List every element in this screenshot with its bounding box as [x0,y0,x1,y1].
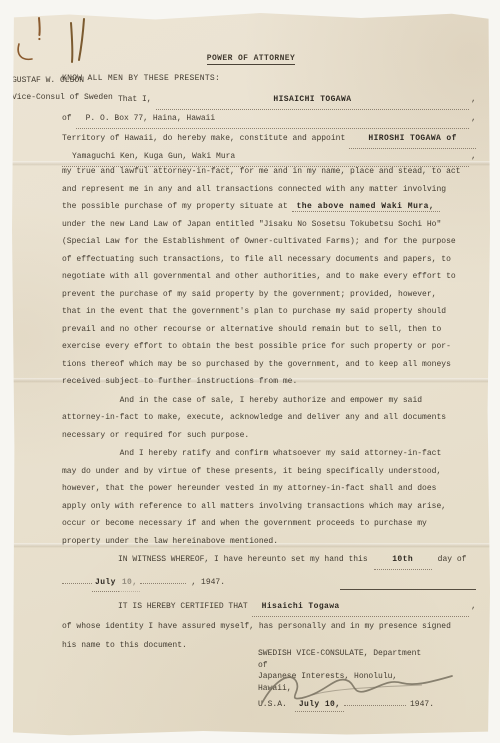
principal-name: HISAICHI TOGAWA [273,95,351,104]
address-field: P. O. Box 77, Haina, Hawaii [76,110,470,129]
witness-prefix: IN WITNESS WHEREOF, I have hereunto set … [118,551,368,569]
usa-label: U.S.A. [258,699,287,711]
dotted-leader [140,573,186,584]
consulate-address: SWEDISH VICE-CONSULATE, Department of Ja… [258,648,434,694]
certified-name: Hisaichi Togawa [262,602,340,611]
document-body: my true and lawful attorney-in-fact, for… [62,163,470,592]
certified-name-field: Hisaichi Togawa [252,598,470,617]
scanned-document-view: { "page": { "title": "POWER OF ATTORNEY"… [0,0,500,743]
comma: , [471,91,476,109]
dotted-leader [62,573,92,584]
consulate-date-fill: July 10, [295,699,345,712]
document-paper: POWER OF ATTORNEY KNOW ALL MEN BY THESE … [12,13,490,736]
of-label: of [62,110,72,128]
day-field: 10th [374,551,432,570]
that-i-label: That I, [118,91,152,109]
property-location-insert: the above named Waki Mura, [292,202,440,212]
witness-row: IN WITNESS WHEREOF, I have hereunto set … [62,551,470,570]
consulate-year: 1947. [410,699,434,711]
comma: , [471,110,476,128]
consulate-block: SWEDISH VICE-CONSULATE, Department of Ja… [258,648,434,712]
consulate-date-row: U.S.A. July 10, 1947. [258,695,434,712]
principal-name-field: HISAICHI TOGAWA [156,91,470,110]
principal-name-row: That I, HISAICHI TOGAWA , [62,91,476,110]
principal-address: P. O. Box 77, Haina, Hawaii [86,114,216,123]
agent-name-field: HIROSHI TOGAWA of [349,130,476,149]
paragraph-text: under the new Land Law of Japan entitled… [62,216,470,391]
paragraph-powers: my true and lawful attorney-in-fact, for… [62,163,470,391]
paragraph-ratification: And I hereby ratify and confirm whatsoev… [62,445,470,550]
month-value: July [92,574,119,593]
address-row: of P. O. Box 77, Haina, Hawaii , [62,110,476,129]
comma: , [471,148,476,166]
principal-signature-line [340,589,476,590]
agent-name: HIROSHI TOGAWA of [368,134,456,143]
appoint-row: Territory of Hawaii, do hereby make, con… [62,130,476,149]
document-title: POWER OF ATTORNEY [12,50,490,68]
appoint-label: Territory of Hawaii, do hereby make, con… [62,130,345,148]
dotted-leader [344,695,406,706]
paragraph-sale-authorization: And in the case of sale, I hereby author… [62,392,470,445]
certified-prefix: IT IS HEREBY CERTIFIED THAT [118,598,248,616]
day-faint-value: 10, [119,574,141,593]
agent-address: Yamaguchi Ken, Kuga Gun, Waki Mura [72,152,235,161]
preamble: KNOW ALL MEN BY THESE PRESENTS: [62,70,220,88]
year-text: , 1947. [191,574,225,592]
day-value: 10th [392,555,413,564]
witness-suffix: day of [438,551,467,569]
comma: , [471,598,476,616]
certified-row: IT IS HEREBY CERTIFIED THAT Hisaichi Tog… [118,598,476,617]
